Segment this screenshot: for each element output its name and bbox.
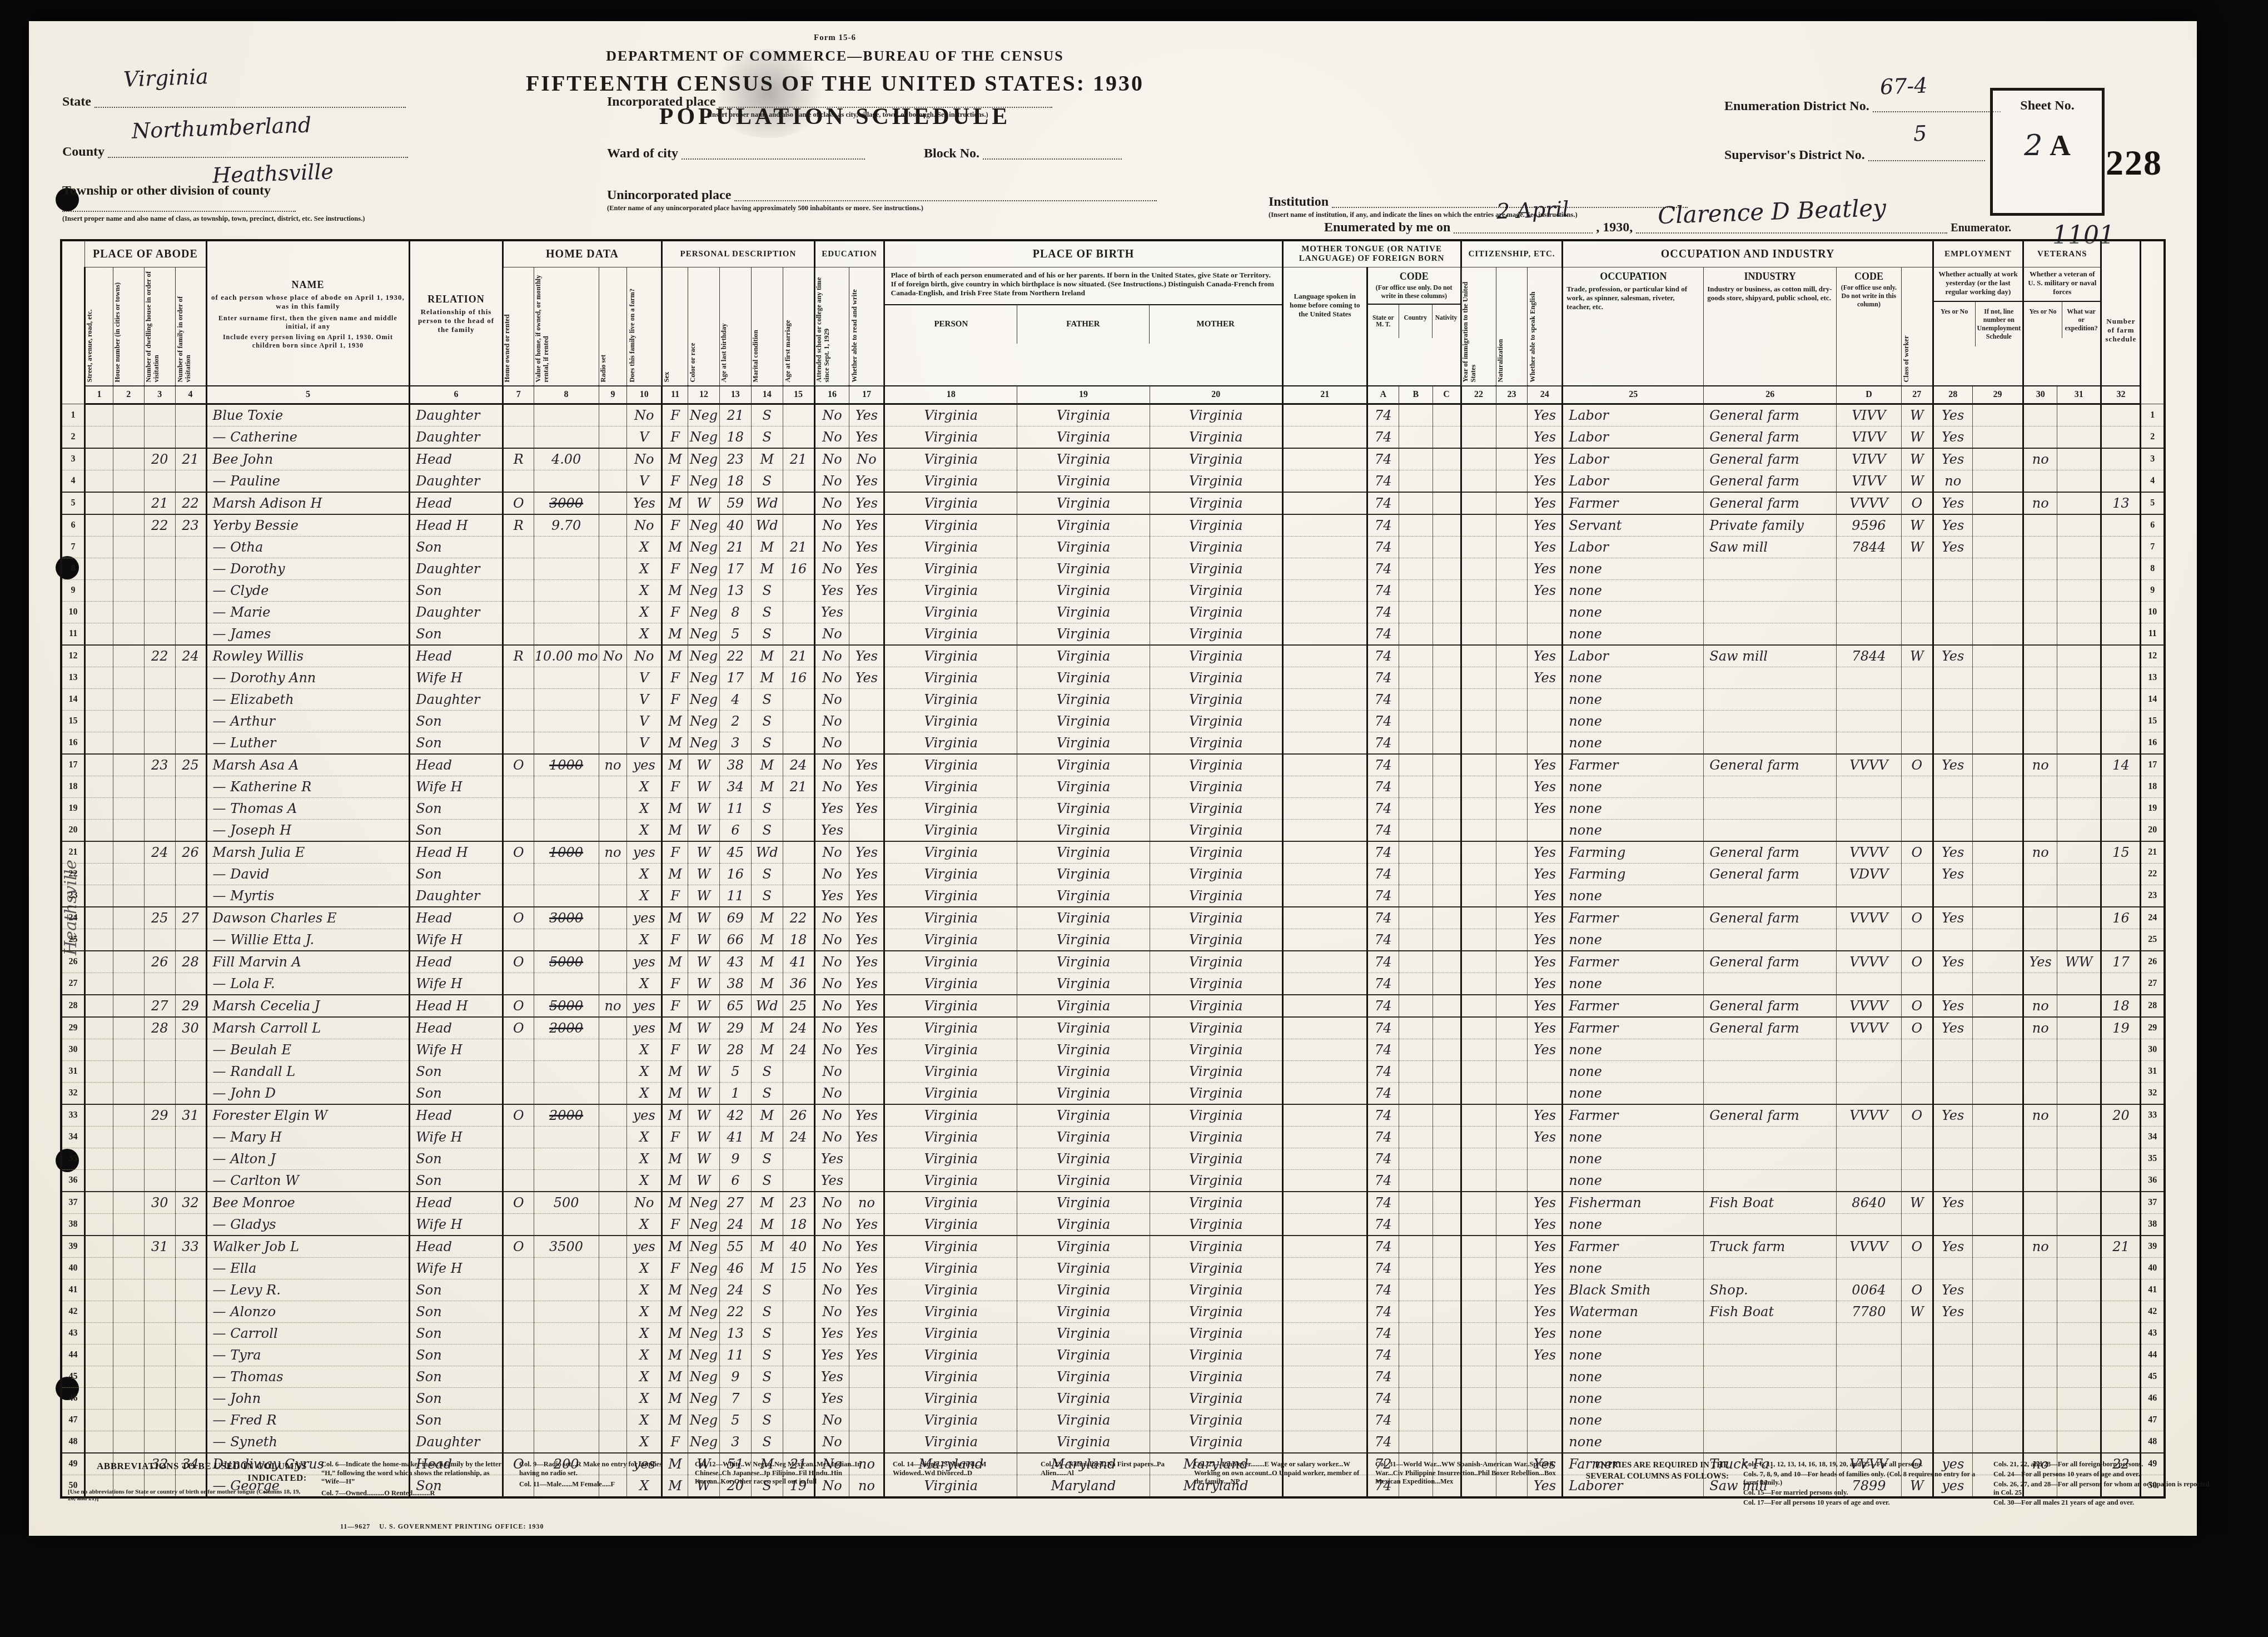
- cell-value: [534, 1301, 599, 1323]
- col-naturalization: Naturalization: [1496, 267, 1528, 386]
- line-number-left: 29: [61, 1017, 85, 1039]
- cell-sex: M: [662, 1104, 688, 1127]
- cell-ind: [1704, 1148, 1837, 1170]
- cell-relation: Daughter: [410, 885, 503, 907]
- cell-english: [1528, 689, 1563, 711]
- cell-occ: Servant: [1563, 514, 1704, 537]
- cell-dwelling: 24: [144, 841, 175, 864]
- line-number-left: 8: [61, 558, 85, 580]
- cell-yrimm: [1461, 885, 1496, 907]
- cell-name: — Marie: [206, 602, 410, 623]
- cell-code_a: 74: [1367, 1061, 1399, 1083]
- line-number-left: 35: [61, 1148, 85, 1170]
- cell-agem: [783, 864, 814, 885]
- cell-ind: General farm: [1704, 492, 1837, 514]
- cell-color: W: [688, 995, 720, 1017]
- cell-fsched: [2101, 1301, 2141, 1323]
- cell-fsched: [2101, 645, 2141, 667]
- cell-nat: [1496, 1366, 1528, 1388]
- cell-street: [85, 1410, 113, 1431]
- cell-dwelling: [144, 667, 175, 689]
- cell-code_d: [1837, 929, 1902, 951]
- cell-street: [85, 732, 113, 755]
- table-row: 14— ElizabethDaughterVFNeg4SNoVirginiaVi…: [61, 689, 2165, 711]
- col-class-of-worker: Class of worker: [1901, 267, 1933, 386]
- cell-age: 18: [719, 470, 751, 493]
- col-language: Language spoken in home before coming to…: [1282, 267, 1367, 386]
- cell-tenure: O: [503, 841, 534, 864]
- enumeration-date-value: 2 April: [1496, 197, 1569, 224]
- cell-ind: Saw mill: [1704, 537, 1837, 558]
- line-number-right: 7: [2141, 537, 2165, 558]
- cell-street: [85, 995, 113, 1017]
- cell-marital: M: [751, 754, 783, 776]
- col-veteran-yesno: Yes or No: [2024, 302, 2062, 338]
- cell-code_b: [1399, 537, 1433, 558]
- cell-house: [113, 645, 144, 667]
- cell-bp1: Virginia: [884, 820, 1017, 842]
- cell-color: Neg: [688, 623, 720, 646]
- cell-code_a: 74: [1367, 514, 1399, 537]
- abbrev-col12: Col. 12—White..W Negro..Neg Mexican..Mex…: [695, 1460, 878, 1528]
- cell-farm: V: [627, 667, 662, 689]
- cell-tenure: R: [503, 645, 534, 667]
- cell-rw: Yes: [849, 667, 884, 689]
- cell-value: [534, 623, 599, 646]
- cell-war: [2057, 1061, 2101, 1083]
- cell-marital: M: [751, 951, 783, 973]
- cell-code_b: [1399, 492, 1433, 514]
- cell-farm: X: [627, 602, 662, 623]
- cell-color: Neg: [688, 732, 720, 755]
- cell-bp3: Virginia: [1150, 1083, 1282, 1105]
- cell-nat: [1496, 1148, 1528, 1170]
- cell-family: [175, 470, 206, 493]
- cell-color: W: [688, 973, 720, 995]
- cell-lang: [1282, 1214, 1367, 1236]
- cell-nat: [1496, 1192, 1528, 1214]
- cell-color: W: [688, 885, 720, 907]
- cell-marital: S: [751, 1366, 783, 1388]
- cell-occ: Waterman: [1563, 1301, 1704, 1323]
- cell-marital: M: [751, 776, 783, 798]
- cell-agem: [783, 711, 814, 732]
- cell-school: No: [814, 907, 849, 929]
- cell-yrimm: [1461, 1148, 1496, 1170]
- cell-nat: [1496, 1104, 1528, 1127]
- cell-value: [534, 929, 599, 951]
- col-number-11: 11: [662, 386, 688, 404]
- cell-worked: Yes: [1933, 907, 1972, 929]
- cell-worked: [1933, 1258, 1972, 1279]
- cell-clazz: [1901, 885, 1933, 907]
- col-number-22: 22: [1461, 386, 1496, 404]
- line-number-left: 23: [61, 885, 85, 907]
- cell-family: [175, 404, 206, 426]
- cell-lang: [1282, 1301, 1367, 1323]
- cell-age: 17: [719, 558, 751, 580]
- line-number-left: 47: [61, 1410, 85, 1431]
- cell-value: 2000: [534, 1104, 599, 1127]
- cell-fsched: [2101, 514, 2141, 537]
- cell-nat: [1496, 754, 1528, 776]
- cell-radio: [599, 1192, 627, 1214]
- cell-bp1: Virginia: [884, 689, 1017, 711]
- line-number-right: 39: [2141, 1236, 2165, 1258]
- line-number-right: 31: [2141, 1061, 2165, 1083]
- col-street: Street, avenue, road, etc.: [85, 267, 113, 386]
- cell-bp1: Virginia: [884, 558, 1017, 580]
- cell-vet: no: [2023, 841, 2057, 864]
- cell-street: [85, 492, 113, 514]
- cell-code_d: [1837, 1214, 1902, 1236]
- cell-vet: [2023, 580, 2057, 602]
- cell-occ: none: [1563, 711, 1704, 732]
- cell-code_c: [1433, 667, 1461, 689]
- cell-english: [1528, 1366, 1563, 1388]
- abbrev-title-block: ABBREVIATIONS TO BE USED IN COLUMNS INDI…: [68, 1460, 307, 1528]
- cell-english: [1528, 1410, 1563, 1431]
- cell-color: Neg: [688, 580, 720, 602]
- cell-agem: 40: [783, 1236, 814, 1258]
- cell-age: 13: [719, 580, 751, 602]
- cell-code_a: 74: [1367, 864, 1399, 885]
- group-mother-tongue: MOTHER TONGUE (OR NATIVE LANGUAGE) OF FO…: [1282, 240, 1461, 267]
- cell-rw: Yes: [849, 885, 884, 907]
- cell-sex: M: [662, 1301, 688, 1323]
- cell-worked: Yes: [1933, 492, 1972, 514]
- cell-farm: X: [627, 1301, 662, 1323]
- table-row: 122224Rowley WillisHeadR10.00 moNoNoMNeg…: [61, 645, 2165, 667]
- department-line: DEPARTMENT OF COMMERCE—BUREAU OF THE CEN…: [29, 48, 1641, 65]
- table-row: 20— Joseph HSonXMW6SYesVirginiaVirginiaV…: [61, 820, 2165, 842]
- cell-tenure: [503, 623, 534, 646]
- cell-lang: [1282, 1104, 1367, 1127]
- cell-lang: [1282, 711, 1367, 732]
- line-number-left: 40: [61, 1258, 85, 1279]
- cell-bp1: Virginia: [884, 798, 1017, 820]
- cell-color: Neg: [688, 667, 720, 689]
- cell-color: W: [688, 951, 720, 973]
- cell-english: Yes: [1528, 841, 1563, 864]
- cell-age: 34: [719, 776, 751, 798]
- cell-vet: [2023, 1039, 2057, 1061]
- cell-tenure: [503, 1083, 534, 1105]
- cell-occ: none: [1563, 689, 1704, 711]
- cell-code_d: 8640: [1837, 1192, 1902, 1214]
- cell-school: No: [814, 711, 849, 732]
- col-number-21: 21: [1282, 386, 1367, 404]
- cell-bp2: Virginia: [1017, 732, 1150, 755]
- cell-lang: [1282, 1148, 1367, 1170]
- line-number-left: 18: [61, 776, 85, 798]
- table-row: 1Blue ToxieDaughterNoFNeg21SNoYesVirgini…: [61, 404, 2165, 426]
- cell-fsched: [2101, 426, 2141, 449]
- col-birthplace-mother: MOTHER: [1150, 305, 1282, 344]
- cell-bp3: Virginia: [1150, 470, 1282, 493]
- cell-name: — John: [206, 1388, 410, 1410]
- cell-unemp: [1972, 492, 2023, 514]
- cell-value: 500: [534, 1192, 599, 1214]
- cell-dwelling: 22: [144, 514, 175, 537]
- cell-relation: Son: [410, 711, 503, 732]
- cell-nat: [1496, 951, 1528, 973]
- cell-sex: F: [662, 841, 688, 864]
- cell-school: Yes: [814, 580, 849, 602]
- table-row: 42— AlonzoSonXMNeg22SNoYesVirginiaVirgin…: [61, 1301, 2165, 1323]
- cell-worked: Yes: [1933, 645, 1972, 667]
- cell-unemp: [1972, 929, 2023, 951]
- cell-dwelling: [144, 711, 175, 732]
- cell-english: Yes: [1528, 1127, 1563, 1148]
- cell-color: Neg: [688, 558, 720, 580]
- cell-school: No: [814, 973, 849, 995]
- cell-bp3: Virginia: [1150, 885, 1282, 907]
- cell-house: [113, 1039, 144, 1061]
- cell-age: 11: [719, 1345, 751, 1366]
- cell-code_c: [1433, 1345, 1461, 1366]
- cell-worked: [1933, 1148, 1972, 1170]
- cell-relation: Son: [410, 1366, 503, 1388]
- cell-dwelling: [144, 973, 175, 995]
- cell-marital: S: [751, 470, 783, 493]
- cell-rw: Yes: [849, 1301, 884, 1323]
- cell-bp2: Virginia: [1017, 558, 1150, 580]
- cell-nat: [1496, 470, 1528, 493]
- block-field: Block No.: [924, 146, 1122, 161]
- cell-marital: Wd: [751, 514, 783, 537]
- col-dwelling-number: Number of dwelling house in order of vis…: [144, 267, 175, 386]
- cell-english: [1528, 1083, 1563, 1105]
- cell-english: Yes: [1528, 754, 1563, 776]
- cell-value: 1000: [534, 841, 599, 864]
- cell-school: No: [814, 645, 849, 667]
- cell-marital: M: [751, 537, 783, 558]
- cell-sex: M: [662, 820, 688, 842]
- cell-code_d: [1837, 1061, 1902, 1083]
- cell-age: 65: [719, 995, 751, 1017]
- cell-code_a: 74: [1367, 711, 1399, 732]
- cell-english: Yes: [1528, 907, 1563, 929]
- cell-sex: F: [662, 1431, 688, 1454]
- cell-farm: V: [627, 470, 662, 493]
- table-row: 46— JohnSonXMNeg7SYesVirginiaVirginiaVir…: [61, 1388, 2165, 1410]
- cell-code_a: 74: [1367, 537, 1399, 558]
- cell-bp3: Virginia: [1150, 602, 1282, 623]
- cell-dwelling: [144, 820, 175, 842]
- cell-fsched: [2101, 623, 2141, 646]
- cell-occ: none: [1563, 929, 1704, 951]
- cell-code_a: 74: [1367, 1039, 1399, 1061]
- cell-rw: Yes: [849, 492, 884, 514]
- cell-street: [85, 580, 113, 602]
- cell-family: [175, 602, 206, 623]
- cell-code_d: [1837, 602, 1902, 623]
- cell-value: [534, 776, 599, 798]
- cell-code_a: 74: [1367, 1017, 1399, 1039]
- cell-code_d: [1837, 1345, 1902, 1366]
- cell-rw: [849, 602, 884, 623]
- line-number-right: 38: [2141, 1214, 2165, 1236]
- line-number-right: 25: [2141, 929, 2165, 951]
- cell-dwelling: [144, 1148, 175, 1170]
- cell-clazz: W: [1901, 470, 1933, 493]
- cell-family: [175, 820, 206, 842]
- cell-english: Yes: [1528, 1104, 1563, 1127]
- cell-name: — Alton J: [206, 1148, 410, 1170]
- cell-war: [2057, 1214, 2101, 1236]
- cell-vet: [2023, 1388, 2057, 1410]
- cell-marital: S: [751, 1279, 783, 1301]
- film-edge-right: [2197, 0, 2268, 1637]
- cell-dwelling: [144, 1345, 175, 1366]
- cell-nat: [1496, 514, 1528, 537]
- cell-nat: [1496, 558, 1528, 580]
- cell-name: — Lola F.: [206, 973, 410, 995]
- cell-code_a: 74: [1367, 1301, 1399, 1323]
- col-house-number: House number (in cities or towns): [113, 267, 144, 386]
- cell-family: [175, 580, 206, 602]
- cell-worked: Yes: [1933, 404, 1972, 426]
- cell-sex: M: [662, 864, 688, 885]
- cell-radio: [599, 1301, 627, 1323]
- cell-occ: none: [1563, 1323, 1704, 1345]
- cell-sex: F: [662, 1258, 688, 1279]
- cell-code_a: 74: [1367, 623, 1399, 646]
- cell-yrimm: [1461, 1017, 1496, 1039]
- cell-school: No: [814, 1431, 849, 1454]
- cell-relation: Son: [410, 732, 503, 755]
- cell-bp1: Virginia: [884, 929, 1017, 951]
- cell-marital: S: [751, 426, 783, 449]
- cell-house: [113, 404, 144, 426]
- cell-name: Marsh Julia E: [206, 841, 410, 864]
- cell-house: [113, 1148, 144, 1170]
- cell-street: [85, 1345, 113, 1366]
- census-sheet: Form 15-6 DEPARTMENT OF COMMERCE—BUREAU …: [29, 21, 2197, 1536]
- cell-bp3: Virginia: [1150, 404, 1282, 426]
- cell-radio: [599, 885, 627, 907]
- line-number-left: 6: [61, 514, 85, 537]
- cell-value: 3000: [534, 907, 599, 929]
- cell-code_d: VIVV: [1837, 404, 1902, 426]
- cell-radio: [599, 623, 627, 646]
- cell-occ: Farmer: [1563, 995, 1704, 1017]
- cell-school: No: [814, 623, 849, 646]
- cell-vet: no: [2023, 1017, 2057, 1039]
- cell-english: Yes: [1528, 973, 1563, 995]
- cell-sex: M: [662, 1410, 688, 1431]
- cell-house: [113, 689, 144, 711]
- line-number-right: 33: [2141, 1104, 2165, 1127]
- cell-vet: [2023, 1410, 2057, 1431]
- cell-dwelling: 26: [144, 951, 175, 973]
- cell-agem: 23: [783, 1192, 814, 1214]
- cell-tenure: [503, 1366, 534, 1388]
- cell-clazz: [1901, 1323, 1933, 1345]
- cell-ind: Fish Boat: [1704, 1192, 1837, 1214]
- cell-radio: [599, 973, 627, 995]
- cell-vet: [2023, 514, 2057, 537]
- cell-farm: No: [627, 514, 662, 537]
- cell-code_b: [1399, 558, 1433, 580]
- cell-farm: X: [627, 885, 662, 907]
- line-number-left: 13: [61, 667, 85, 689]
- cell-occ: Labor: [1563, 537, 1704, 558]
- cell-name: Marsh Carroll L: [206, 1017, 410, 1039]
- cell-code_a: 74: [1367, 929, 1399, 951]
- cell-english: Yes: [1528, 667, 1563, 689]
- cell-fsched: [2101, 689, 2141, 711]
- line-number-right: 28: [2141, 995, 2165, 1017]
- cell-farm: X: [627, 1431, 662, 1454]
- line-number-right: 1: [2141, 404, 2165, 426]
- cell-house: [113, 995, 144, 1017]
- col-speak-english: Whether able to speak English: [1528, 267, 1563, 386]
- cell-vet: [2023, 558, 2057, 580]
- cell-school: Yes: [814, 820, 849, 842]
- cell-bp2: Virginia: [1017, 1366, 1150, 1388]
- cell-unemp: [1972, 1017, 2023, 1039]
- cell-marital: S: [751, 404, 783, 426]
- cell-name: — Arthur: [206, 711, 410, 732]
- cell-tenure: [503, 864, 534, 885]
- cell-war: [2057, 689, 2101, 711]
- col-unemployment-line: If not, line number on Unemployment Sche…: [1976, 302, 2023, 346]
- cell-yrimm: [1461, 1431, 1496, 1454]
- birthplace-note-cell: Place of birth of each person enumerated…: [884, 267, 1282, 386]
- cell-farm: X: [627, 1323, 662, 1345]
- cell-code_a: 74: [1367, 1258, 1399, 1279]
- cell-ind: General farm: [1704, 995, 1837, 1017]
- cell-value: 3000: [534, 492, 599, 514]
- cell-tenure: O: [503, 1104, 534, 1127]
- cell-relation: Son: [410, 1279, 503, 1301]
- cell-value: 5000: [534, 951, 599, 973]
- cell-tenure: [503, 1061, 534, 1083]
- cell-bp1: Virginia: [884, 1083, 1017, 1105]
- cell-code_a: 74: [1367, 973, 1399, 995]
- cell-english: Yes: [1528, 492, 1563, 514]
- entries-lists: Cols. 6, 11, 12, 13, 14, 16, 18, 19, 20,…: [1743, 1460, 2216, 1528]
- cell-name: — Willie Etta J.: [206, 929, 410, 951]
- cell-farm: X: [627, 558, 662, 580]
- cell-worked: [1933, 929, 1972, 951]
- cell-english: Yes: [1528, 1017, 1563, 1039]
- cell-code_a: 74: [1367, 1410, 1399, 1431]
- cell-house: [113, 667, 144, 689]
- cell-ind: General farm: [1704, 754, 1837, 776]
- cell-ind: [1704, 1061, 1837, 1083]
- cell-age: 3: [719, 732, 751, 755]
- cell-farm: X: [627, 1258, 662, 1279]
- cell-house: [113, 1104, 144, 1127]
- cell-english: Yes: [1528, 1039, 1563, 1061]
- cell-tenure: O: [503, 492, 534, 514]
- cell-radio: [599, 1345, 627, 1366]
- cell-bp2: Virginia: [1017, 645, 1150, 667]
- cell-lang: [1282, 602, 1367, 623]
- cell-code_d: [1837, 667, 1902, 689]
- cell-code_d: [1837, 1170, 1902, 1192]
- cell-agem: [783, 885, 814, 907]
- cell-code_a: 74: [1367, 558, 1399, 580]
- cell-fsched: [2101, 732, 2141, 755]
- cell-dwelling: 30: [144, 1192, 175, 1214]
- cell-lang: [1282, 689, 1367, 711]
- cell-bp2: Virginia: [1017, 448, 1150, 470]
- cell-name: — Alonzo: [206, 1301, 410, 1323]
